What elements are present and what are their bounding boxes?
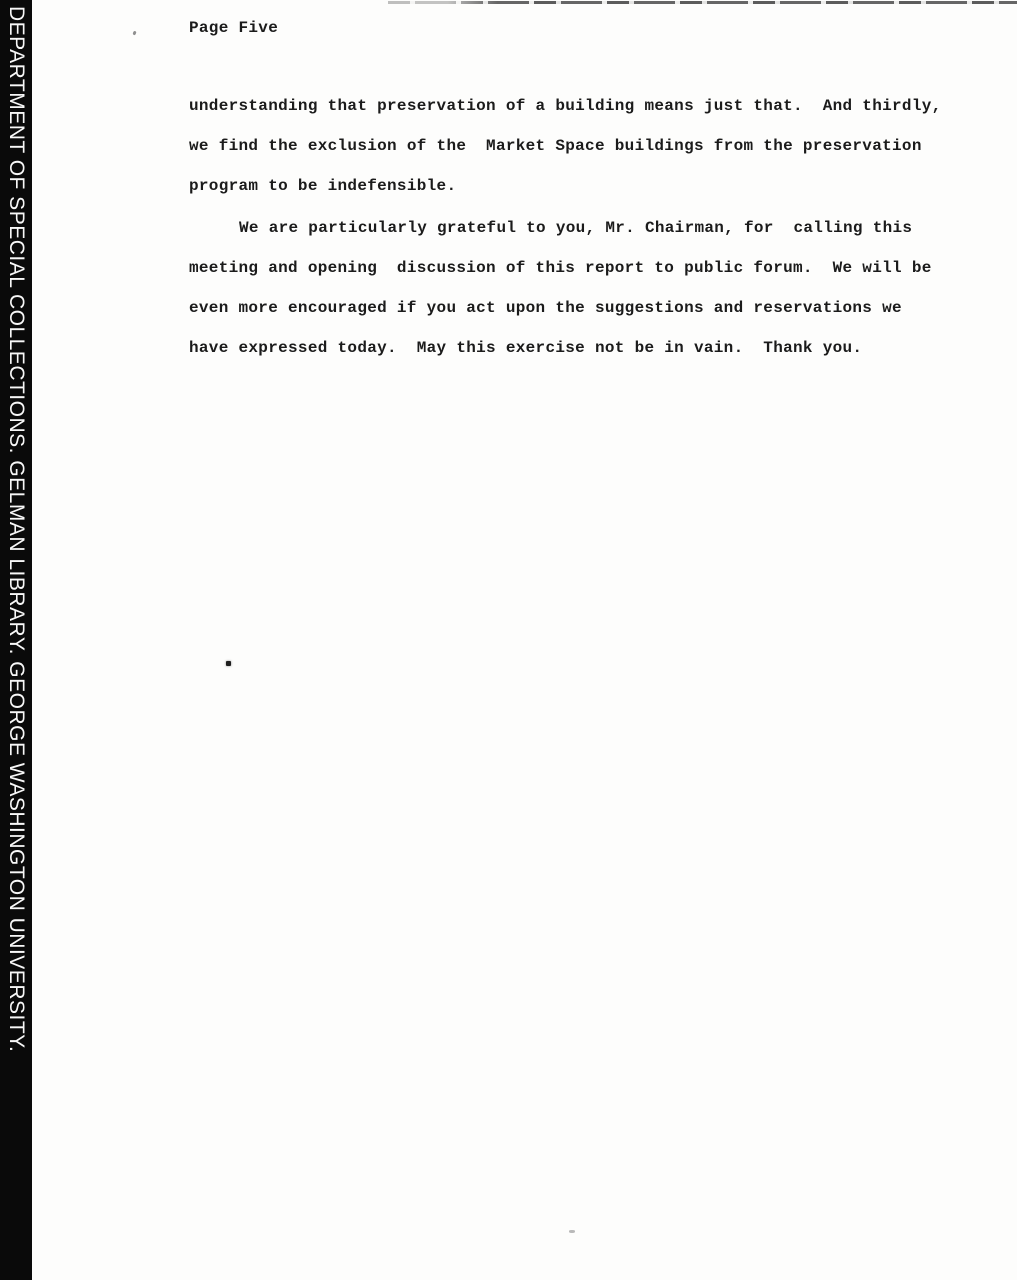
- text-line: meeting and opening discussion of this r…: [189, 248, 979, 288]
- document-page: Page Five understanding that preservatio…: [32, 0, 1017, 1280]
- text-line: understanding that preservation of a bui…: [189, 86, 979, 126]
- text-line: program to be indefensible.: [189, 166, 979, 206]
- archive-stamp-bar: DEPARTMENT OF SPECIAL COLLECTIONS. GELMA…: [0, 0, 32, 1280]
- scan-speck: [132, 31, 136, 36]
- archive-stamp-label: DEPARTMENT OF SPECIAL COLLECTIONS. GELMA…: [4, 0, 28, 1280]
- text-line: we find the exclusion of the Market Spac…: [189, 126, 979, 166]
- text-line: We are particularly grateful to you, Mr.…: [189, 208, 979, 248]
- page-top-torn-edge: [388, 1, 1017, 4]
- typed-period-mark: [226, 661, 231, 666]
- text-line: have expressed today. May this exercise …: [189, 328, 979, 368]
- scan-speck: [569, 1230, 575, 1233]
- page-number-heading: Page Five: [189, 18, 278, 39]
- document-body: understanding that preservation of a bui…: [189, 86, 979, 368]
- text-line: even more encouraged if you act upon the…: [189, 288, 979, 328]
